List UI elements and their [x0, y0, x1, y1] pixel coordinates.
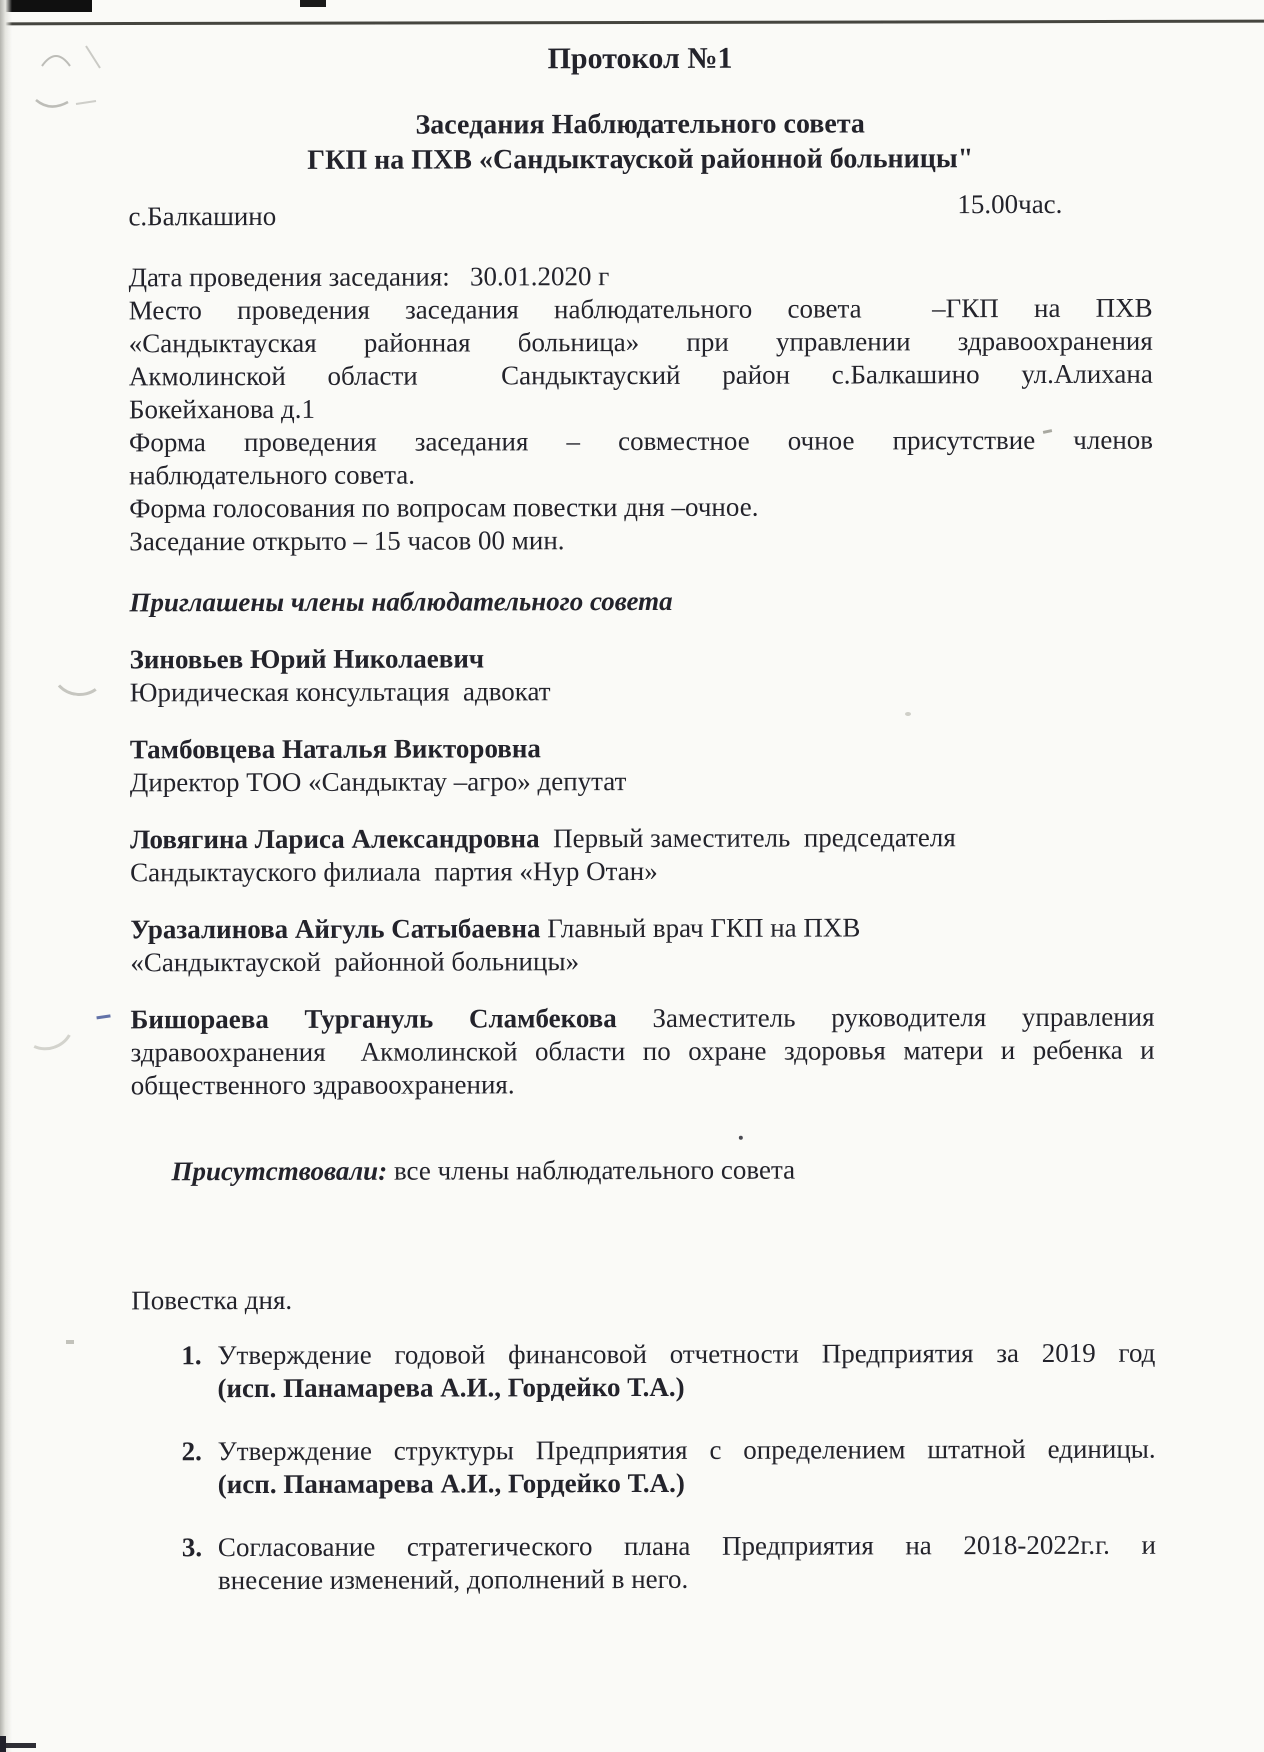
agenda-item-text: Утверждение годовой финансовой отчетност… [217, 1337, 1155, 1372]
member-name: Тамбовцева Наталья Викторовна [130, 733, 541, 764]
venue-line-4: Бокейханова д.1 [129, 391, 1153, 427]
agenda-item-text: Утверждение структуры Предприятия с опре… [218, 1433, 1156, 1468]
member-role-inline: Главный врач ГКП на ПХВ [540, 912, 860, 943]
scan-artifact-top-left-corner [0, 0, 92, 12]
member-entry-tambovtseva: Тамбовцева Наталья Викторовна Директор Т… [130, 731, 1154, 800]
member-entry-urazalinova: Уразалинова Айгуль Сатыбаевна Главный вр… [130, 911, 1154, 980]
member-entry-zinovyev: Зиновьев Юрий Николаевич Юридическая кон… [130, 641, 1154, 710]
member-role-line: здравоохранения Акмолинской области по о… [131, 1034, 1155, 1070]
scan-speck-dot [739, 1136, 743, 1140]
member-name: Уразалинова Айгуль Сатыбаевна [130, 913, 540, 944]
place-time-row: с.Балкашино 15.00час. [128, 198, 1152, 234]
meeting-time: 15.00час. [957, 188, 1062, 221]
agenda-item-text: Согласование стратегического плана Предп… [218, 1529, 1156, 1564]
document-content: Протокол №1 Заседания Наблюдательного со… [128, 39, 1156, 1598]
member-entry-lovyagina: Ловягина Лариса Александровна Первый зам… [130, 821, 1154, 890]
venue-line-2: «Сандыктауская районная больница» при уп… [129, 325, 1153, 361]
agenda-item-executors: (исп. Панамарева А.И., Гордейко Т.А.) [217, 1370, 1155, 1405]
member-name: Ловягина Лариса Александровна [130, 823, 540, 854]
meeting-form-line-1: Форма проведения заседания – совместное … [129, 424, 1153, 460]
scan-artifact-bottom-left-edge [0, 1736, 6, 1752]
agenda-item-3: 3. Согласование стратегического плана Пр… [132, 1529, 1156, 1598]
member-role-line: Сандыктауского филиала партия «Нур Отан» [130, 854, 1154, 890]
agenda-item-number: 3. [182, 1531, 218, 1597]
member-name: Зиновьев Юрий Николаевич [130, 643, 485, 674]
meeting-place: с.Балкашино [128, 200, 276, 233]
invited-members-heading: Приглашены члены наблюдательного совета [129, 584, 1153, 620]
document-subtitle: Заседания Наблюдательного совета ГКП на … [128, 106, 1152, 179]
intro-section: Дата проведения заседания: 30.01.2020 г … [129, 259, 1154, 559]
member-entry-bishoraeva: Бишораева Тургануль Сламбекова Заместите… [130, 1001, 1154, 1103]
agenda-item-body: Согласование стратегического плана Предп… [218, 1529, 1156, 1597]
member-name-line: Уразалинова Айгуль Сатыбаевна Главный вр… [130, 911, 1154, 947]
agenda-item-executors: (исп. Панамарева А.И., Гордейко Т.А.) [218, 1466, 1156, 1501]
present-label: Присутствовали: [171, 1156, 387, 1187]
venue-line-3: Акмолинской области Сандыктауский район … [129, 358, 1153, 394]
agenda-item-body: Утверждение структуры Предприятия с опре… [218, 1433, 1156, 1501]
scan-artifact-crescent-mark-2 [14, 995, 80, 1057]
scan-artifact-left-paper-edge [0, 0, 12, 1752]
meeting-date-line: Дата проведения заседания: 30.01.2020 г [129, 259, 1153, 295]
stray-dash-mark [96, 1014, 110, 1019]
subtitle-line-2: ГКП на ПХВ «Сандыктауской районной больн… [128, 141, 1152, 179]
agenda-item-2: 2. Утверждение структуры Предприятия с о… [132, 1433, 1156, 1502]
subtitle-line-1: Заседания Наблюдательного совета [128, 106, 1152, 144]
member-role-inline: Заместитель руководителя управления [617, 1002, 1155, 1033]
member-name-line: Тамбовцева Наталья Викторовна [130, 731, 1154, 767]
member-name: Бишораева Тургануль Сламбекова [130, 1003, 616, 1034]
agenda-heading: Повестка дня. [131, 1282, 1155, 1318]
opened-line: Заседание открыто – 15 часов 00 мин. [129, 523, 1153, 559]
member-name-line: Ловягина Лариса Александровна Первый зам… [130, 821, 1154, 857]
scanned-document-page: Протокол №1 Заседания Наблюдательного со… [0, 0, 1264, 1752]
agenda-item-body: Утверждение годовой финансовой отчетност… [217, 1337, 1155, 1405]
member-name-line: Зиновьев Юрий Николаевич [130, 641, 1154, 677]
member-role-line-2: общественного здравоохранения. [131, 1067, 1155, 1103]
agenda-item-text-2: внесение изменений, дополнений в него. [218, 1562, 1156, 1597]
present-line: Присутствовали: все члены наблюдательног… [131, 1120, 1155, 1255]
member-role-line: Юридическая консультация адвокат [130, 674, 1154, 710]
scan-artifact-crescent-mark [50, 645, 109, 698]
scan-artifact-top-blip [300, 0, 326, 7]
agenda-item-number: 2. [182, 1435, 218, 1501]
meeting-form-line-2: наблюдательного совета. [129, 457, 1153, 493]
voting-form-line: Форма голосования по вопросам повестки д… [129, 490, 1153, 526]
member-name-line: Бишораева Тургануль Сламбекова Заместите… [130, 1001, 1154, 1037]
venue-line-1: Место проведения заседания наблюдательно… [129, 292, 1153, 328]
agenda-item-1: 1. Утверждение годовой финансовой отчетн… [131, 1337, 1155, 1406]
scan-speck [66, 1340, 74, 1344]
member-role-line: Директор ТОО «Сандыктау –агро» депутат [130, 764, 1154, 800]
present-text: все члены наблюдательного совета [387, 1155, 795, 1186]
document-title: Протокол №1 [128, 39, 1152, 79]
member-role-inline: Первый заместитель председателя [540, 822, 956, 853]
agenda-item-number: 1. [181, 1339, 217, 1405]
member-role-line: «Сандыктауской районной больницы» [130, 944, 1154, 980]
scan-artifact-top-line [0, 20, 1264, 26]
